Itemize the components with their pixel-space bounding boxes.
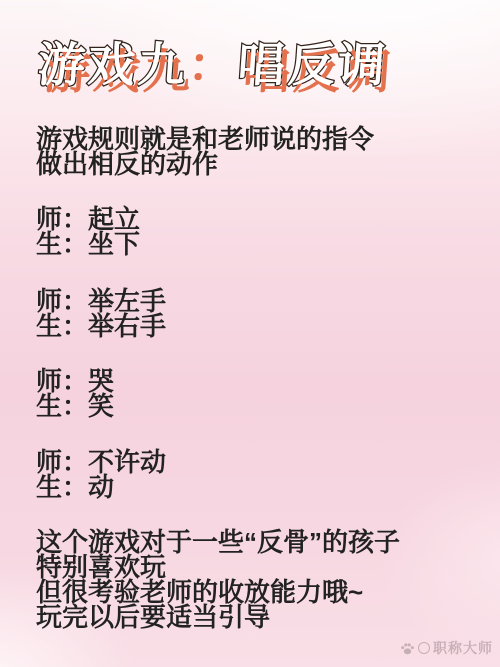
title-text-right: 唱反调 <box>236 38 390 91</box>
closing-notes: 这个游戏对于一些“反骨”的孩子 特别喜欢玩 但很考验老师的收放能力哦~ 玩完以后… <box>36 530 400 630</box>
round-1: 师：起立 生：坐下 <box>36 207 140 257</box>
round-2-student-line: 生：举右手 <box>36 314 166 339</box>
rules-intro: 游戏规则就是和老师说的指令 做出相反的动作 <box>36 127 374 177</box>
page: 游戏九：唱反调 游戏规则就是和老师说的指令 做出相反的动作 师：起立 生：坐下 … <box>0 0 500 667</box>
paw-icon <box>400 641 415 656</box>
round-2: 师：举左手 生：举右手 <box>36 289 166 339</box>
round-3-student-line: 生：笑 <box>36 394 114 419</box>
title-text-left: 游戏九 <box>36 38 190 91</box>
page-title: 游戏九：唱反调 <box>36 36 390 94</box>
round-4-student-line: 生：动 <box>36 475 166 500</box>
rules-intro-line-2: 做出相反的动作 <box>36 152 374 177</box>
title-colon: ： <box>186 38 240 91</box>
round-3: 师：哭 生：笑 <box>36 369 114 419</box>
round-4: 师：不许动 生：动 <box>36 450 166 500</box>
closing-notes-line-4: 玩完以后要适当引导 <box>36 605 400 630</box>
watermark: 职称大师 <box>400 638 493 658</box>
watermark-text: 职称大师 <box>433 638 493 658</box>
round-1-student-line: 生：坐下 <box>36 232 140 257</box>
circle-logo-icon <box>418 642 430 654</box>
